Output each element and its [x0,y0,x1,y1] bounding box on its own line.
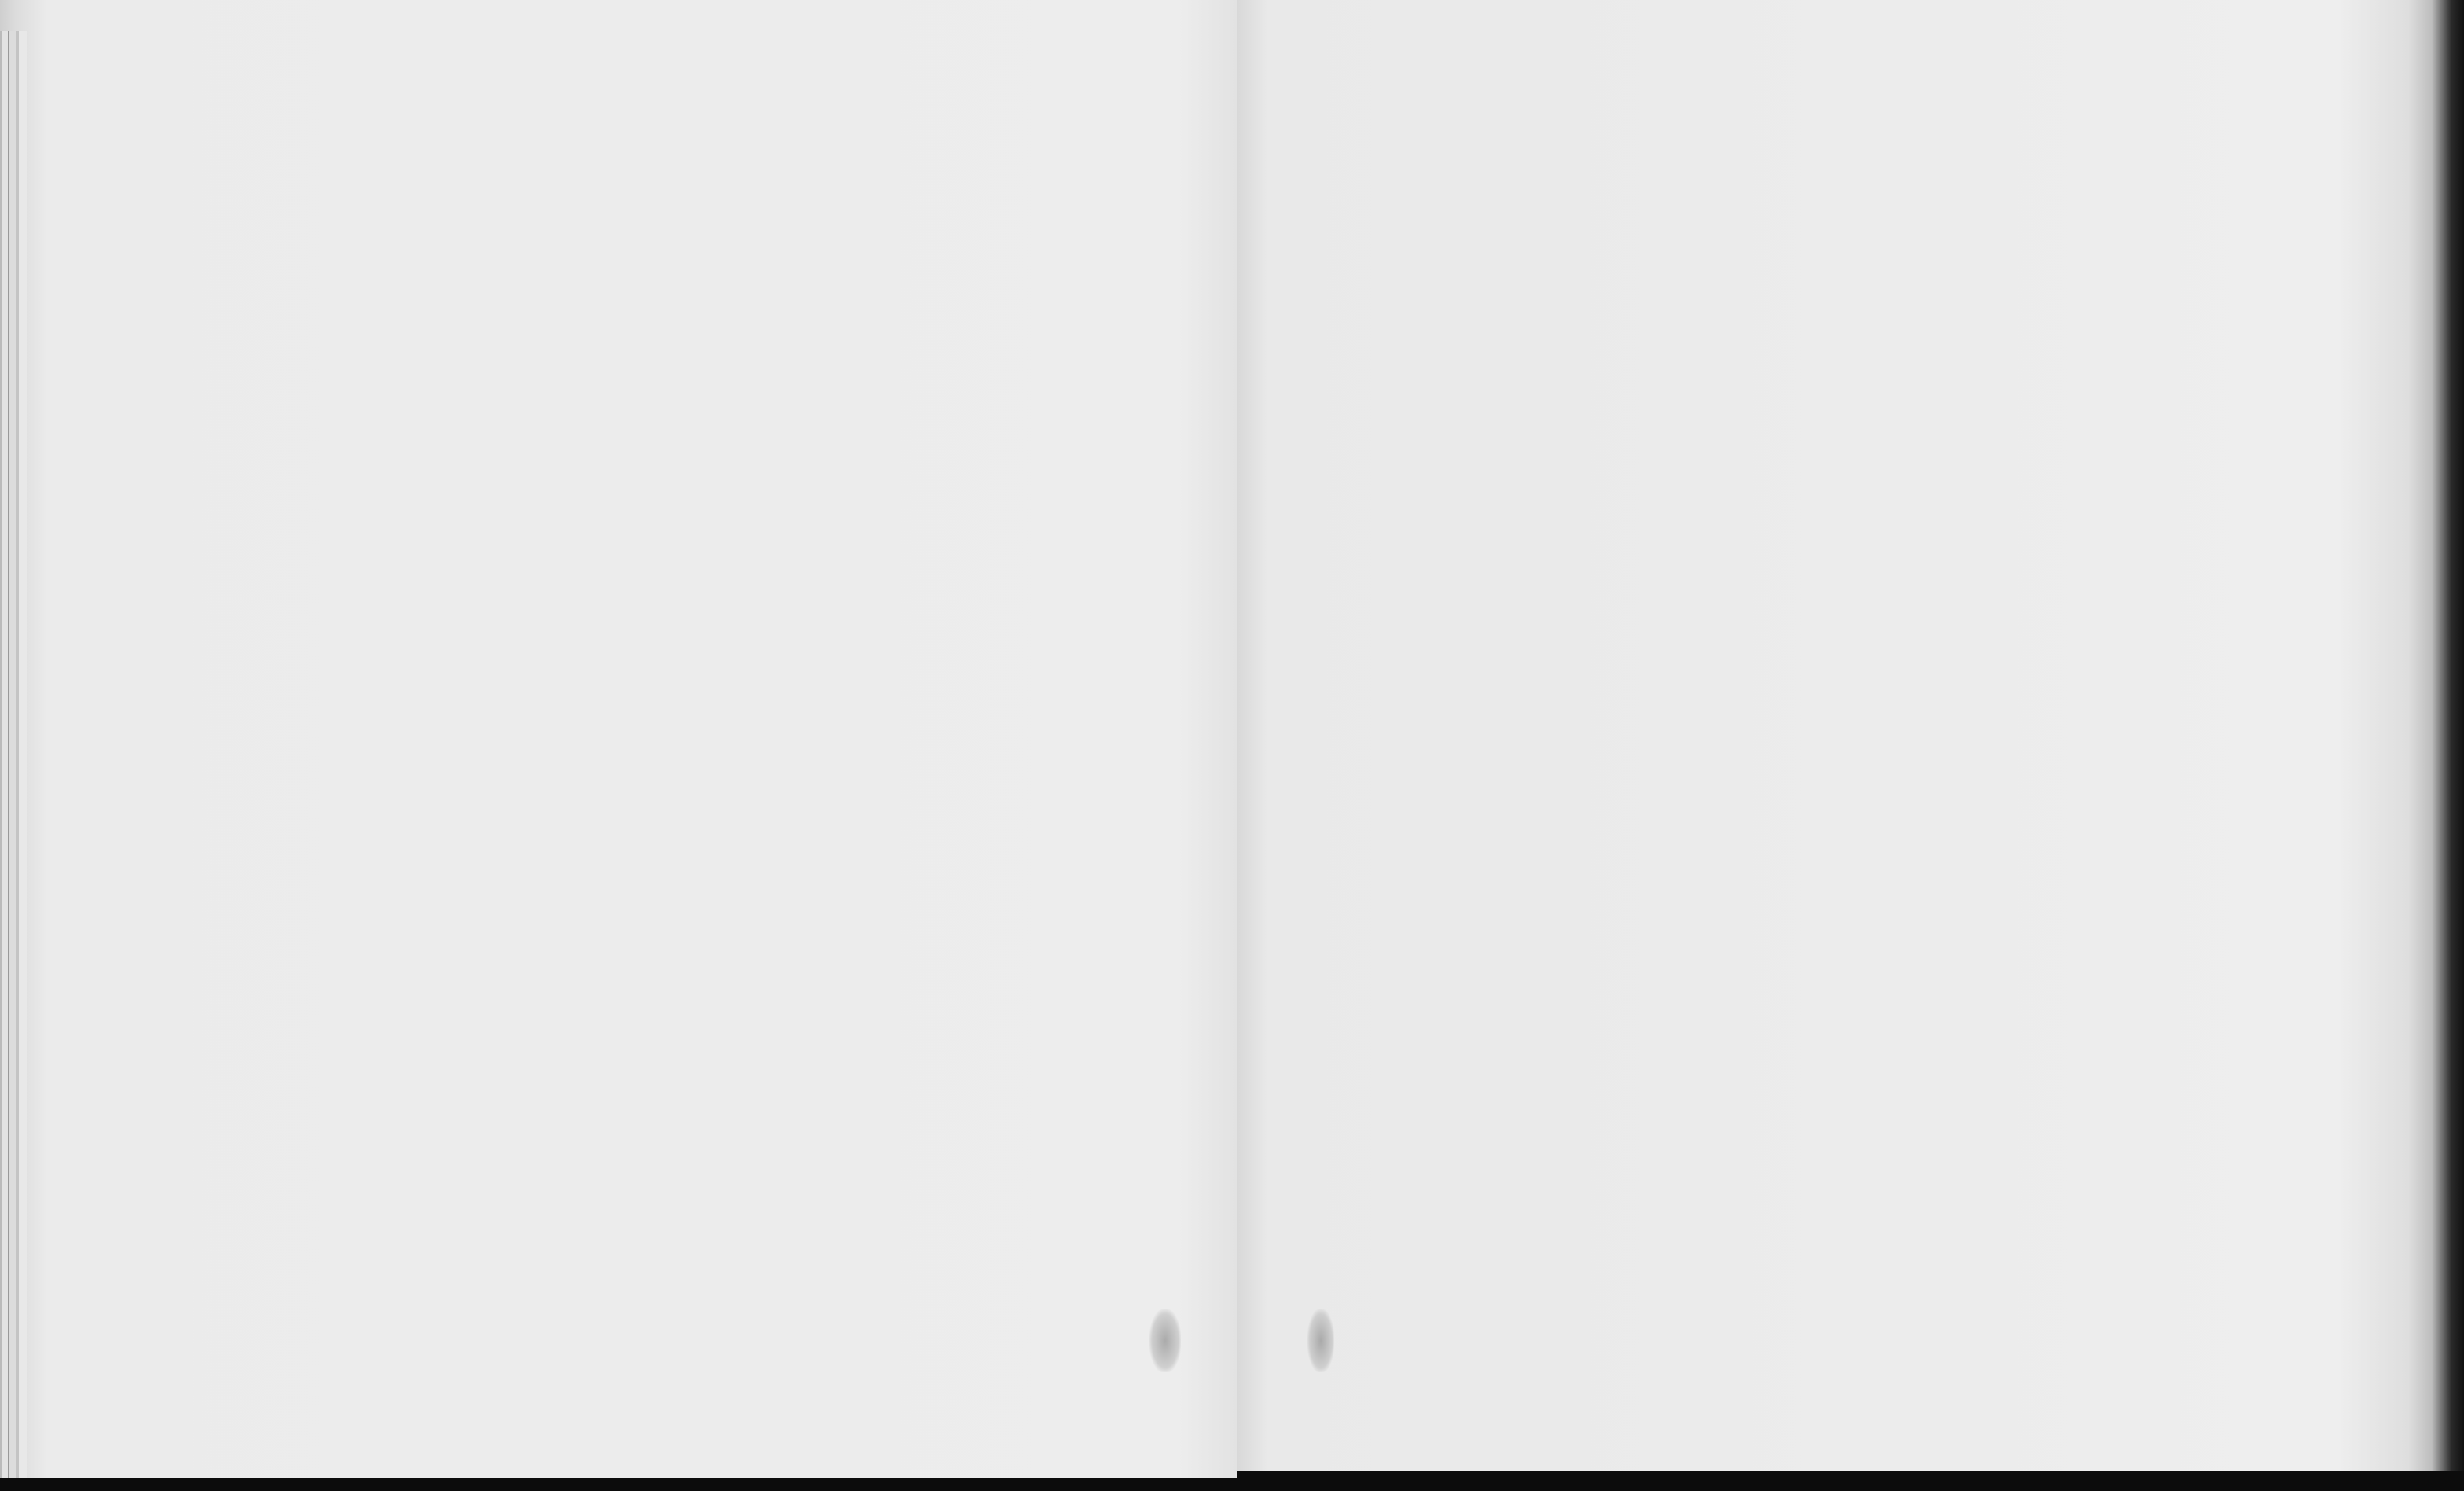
right-page-record-of-marriages [1237,0,2464,1471]
page-binding-edge [0,31,27,1478]
page-stain [1149,1309,1181,1372]
left-page-roll-of-full-membership [0,0,1237,1478]
page-stain [1307,1309,1334,1372]
footnote-residences [1315,1400,2416,1447]
